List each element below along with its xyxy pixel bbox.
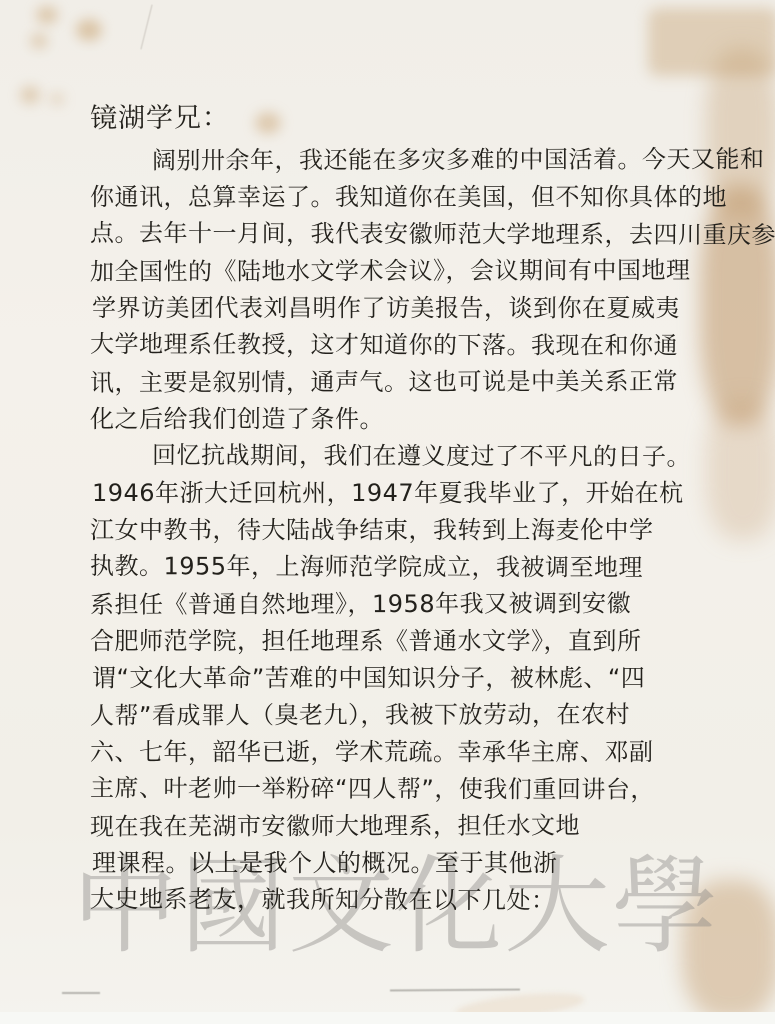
- letter-body: 镜湖学兄： 阔别卅余年，我还能在多灾多难的中国活着。今天又能和你通讯，总算幸运了…: [90, 96, 722, 919]
- letter-line: 大史地系老友，就我所知分散在以下几处：: [90, 881, 722, 920]
- letter-line: 点。去年十一月间，我代表安徽师范大学地理系，去四川重庆参: [90, 215, 722, 254]
- scan-scratch-mark: [390, 989, 520, 992]
- paper-crease: [140, 5, 152, 50]
- letter-line: 江女中教书，待大陆战争结束，我转到上海麦伦中学: [90, 512, 722, 549]
- letter-line: 加全国性的《陆地水文学术会议》，会议期间有中国地理: [90, 252, 722, 291]
- letter-line: 学界访美团代表刘昌明作了访美报告，谈到你在夏威夷: [92, 290, 724, 327]
- letter-line: 回忆抗战期间，我们在遵义度过了不平凡的日子。: [90, 437, 722, 476]
- letter-line: 讯，主要是叙别情，通声气。这也可说是中美关系正常: [90, 363, 722, 402]
- paper-stain-spot: [20, 86, 40, 104]
- letter-lines: 阔别卅余年，我还能在多灾多难的中国活着。今天又能和你通讯，总算幸运了。我知道你在…: [90, 142, 722, 919]
- letter-line: 六、七年，韶华已逝，学术荒疏。幸承华主席、邓副: [90, 734, 722, 771]
- scan-scratch-mark: [62, 992, 100, 994]
- scan-bottom-edge: [0, 1012, 775, 1024]
- paper-stain-top-right: [648, 8, 775, 76]
- scanned-letter-page: 中國文化大學 镜湖学兄： 阔别卅余年，我还能在多灾多难的中国活着。今天又能和你通…: [0, 0, 775, 1024]
- paper-stain-spot: [50, 93, 64, 105]
- paper-stain-spot: [76, 19, 102, 41]
- letter-line: 1946年浙大迁回杭州，1947年夏我毕业了，开始在杭: [92, 475, 724, 512]
- letter-salutation: 镜湖学兄：: [90, 94, 722, 140]
- letter-line: 化之后给我们创造了条件。: [90, 401, 722, 438]
- letter-line: 合肥师范学院，担任地理系《普通水文学》，直到所: [90, 623, 722, 660]
- letter-line: 大学地理系任教授，这才知道你的下落。我现在和你通: [90, 326, 722, 365]
- letter-line: 你通讯，总算幸运了。我知道你在美国，但不知你具体的地: [90, 179, 722, 216]
- letter-line: 主席、叶老帅一举粉碎“四人帮”，使我们重回讲台，: [90, 770, 722, 809]
- letter-line: 现在我在芜湖市安徽师大地理系，担任水文地: [90, 807, 722, 846]
- letter-line: 人帮”看成罪人（臭老九），我被下放劳动，在农村: [90, 696, 722, 735]
- letter-line: 执教。1955年，上海师范学院成立，我被调至地理: [90, 548, 722, 587]
- letter-line: 理课程。以上是我个人的概况。至于其他浙: [92, 845, 724, 882]
- letter-line: 谓“文化大革命”苦难的中国知识分子，被林彪、“四: [92, 660, 724, 697]
- paper-stain-spot: [36, 6, 58, 24]
- letter-line: 阔别卅余年，我还能在多灾多难的中国活着。今天又能和: [90, 141, 722, 180]
- letter-line: 系担任《普通自然地理》，1958年我又被调到安徽: [90, 585, 722, 624]
- paper-stain-spot: [30, 33, 48, 49]
